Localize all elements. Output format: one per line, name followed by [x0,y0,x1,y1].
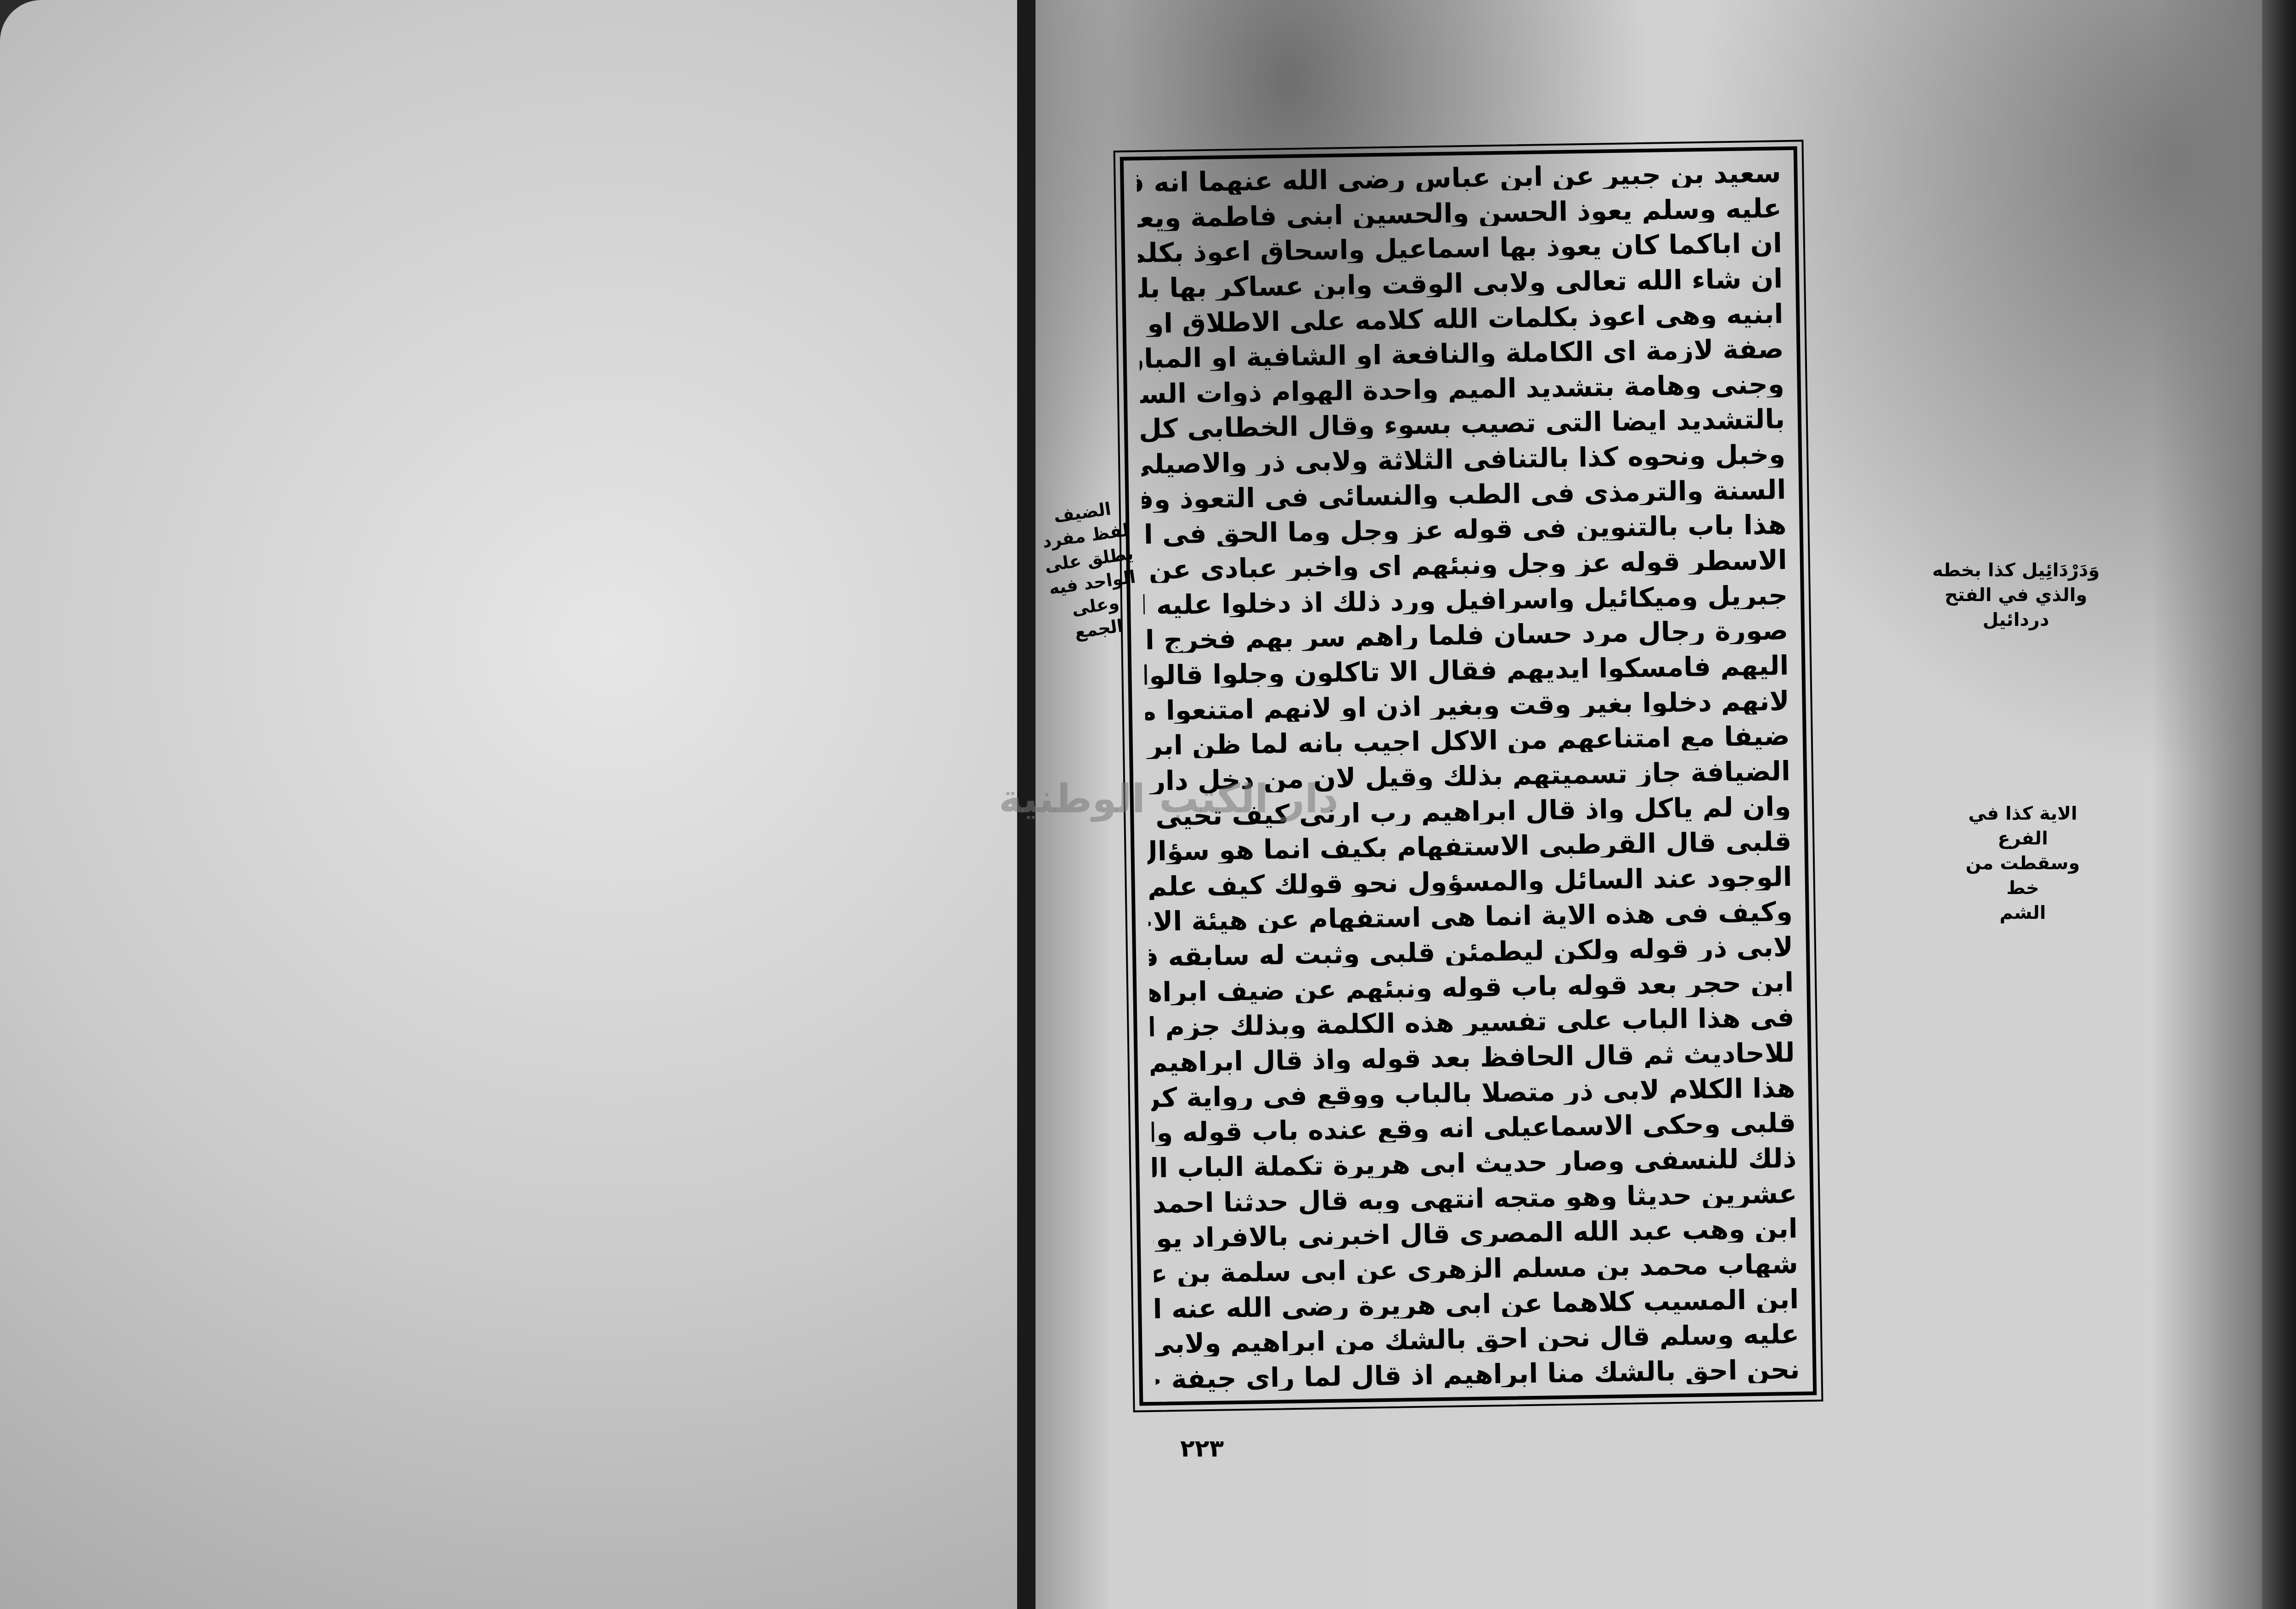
text-line: الاسطر قوله عز وجل ونبئهم اي واخبر عبادي… [1142,546,1787,583]
page-number: ٢٢٣ [1180,1435,1224,1463]
text-line: لانهم دخلوا بغير وقت وبغير اذن او لانهم … [1145,687,1790,724]
text-line: اليهم فامسكوا ايديهم فقال الا تاكلون وجل… [1144,652,1789,689]
text-line: وكيف في هذه الاية انما هي استفهام عن هيئ… [1148,898,1793,935]
text-line: لابي ذر قوله ولكن ليطمئن قلبي وثبت له سا… [1149,934,1794,970]
text-line: في هذا الباب على تفسير هذه الكلمة وبذلك … [1150,1004,1795,1041]
manuscript-spread: سعيد بن جبير عن ابن عباس رضي الله عنهما … [0,0,2296,1609]
margin-note-line: الاية كذا في الفرع [1954,801,2092,851]
text-line: للاحاديث ثم قال الحافظ بعد قوله واذ قال … [1150,1039,1795,1076]
text-line: هذا باب بالتنوين في قوله عز وجل وما الحق… [1142,511,1787,548]
margin-note-right-middle: الاية كذا في الفرع وسقطت من خط الشم [1954,801,2092,925]
text-line: سعيد بن جبير عن ابن عباس رضي الله عنهما … [1137,159,1781,196]
text-line: صورة رجال مرد حسان فلما راهم سر بهم فخرج… [1144,617,1789,653]
margin-note-line: الشم [1954,900,2092,925]
page-edge [2262,0,2296,1609]
text-line: عليه وسلم يعوذ الحسن والحسين ابني فاطمة … [1137,195,1782,231]
text-line: بالتشديد ايضا التي تصيب بسوء وقال الخطاب… [1141,406,1785,443]
text-line: السنة والترمذي في الطب والنسائي في التعو… [1142,476,1786,513]
margin-note-left-gutter: الضيف لفظ مفرد يطلق على الواحد فيه وعلى … [1035,495,1146,648]
margin-note-line: والذي في الفتح دردائيل [1915,583,2117,632]
text-line: ضيفا مع امتناعهم من الاكل اجيب بانه لما … [1145,722,1790,759]
text-line: ابن حجر بعد قوله باب قوله ونبئهم عن ضيف … [1149,969,1794,1006]
text-line: الوجود عند السائل والمسؤول نحو قولك كيف … [1148,863,1792,900]
library-watermark: دار الكتب الوطنية [999,776,1339,822]
text-line: ان شاء الله تعالى ولابي الوقت وابن عساكر… [1138,265,1783,302]
text-line: ذلك للنسفي وصار حديث ابي هريرة تكملة الب… [1152,1145,1797,1181]
margin-note-line: وسقطت من خط [1954,851,2092,900]
text-line: صفة لازمة اي الكاملة والنافعة او الشافية… [1139,335,1784,372]
text-line: قلبي وحكى الاسماعيلي انه وقع عنده باب قو… [1152,1109,1796,1146]
left-page-blank [0,0,1017,1609]
text-line: وجني وهامة بتشديد الميم واحدة الهوام ذوا… [1140,371,1784,407]
margin-note-line: وَدَرْدَائِيل كذا بخطه [1915,558,2117,583]
text-line: ابن المسيب كلاهما عن ابي هريرة رضي الله … [1154,1285,1799,1322]
text-line: عليه وسلم قال نحن احق بالشك من ابراهيم و… [1155,1321,1800,1357]
margin-note-right-top: وَدَرْدَائِيل كذا بخطه والذي في الفتح در… [1915,558,2117,632]
text-line: جبريل وميكائيل واسرافيل ورد ذلك اذ دخلوا… [1143,582,1788,619]
text-line: وخبل ونحوه كذا بالتنافي الثلاثة ولابي ذر… [1141,441,1786,478]
text-line: ابنيه وهي اعوذ بكلمات الله كلامه على الا… [1139,300,1784,337]
text-line: ان اباكما كان يعوذ بها اسماعيل واسحاق اع… [1138,230,1783,266]
text-line: نحن احق بالشك منا ابراهيم اذ قال لما راى… [1155,1356,1800,1393]
text-line: شهاب محمد بن مسلم الزهري عن ابي سلمة بن … [1154,1250,1798,1287]
text-line: عشرين حديثا وهو متجه انتهى وبه قال حدثنا… [1153,1180,1797,1216]
text-line: ابن وهب عبد الله المصري قال اخبرني بالاف… [1153,1215,1798,1252]
text-line: هذا الكلام لابي ذر متصلا بالباب ووقع في … [1151,1075,1795,1111]
text-line: قلبي قال القرطبي الاستفهام بكيف انما هو … [1147,828,1792,865]
